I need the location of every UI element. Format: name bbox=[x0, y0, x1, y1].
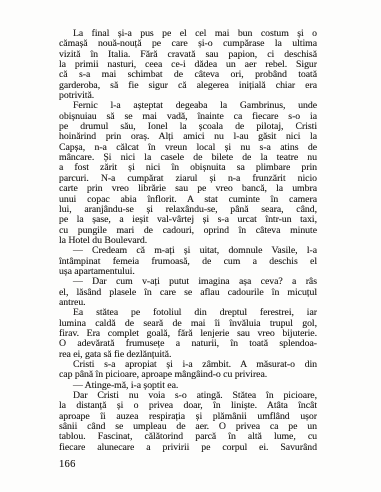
text-line: firav. Era complet goală, fără lenjerie … bbox=[59, 329, 317, 339]
text-line: fiecare alunecare a privirii pe corpul e… bbox=[59, 443, 317, 453]
text-line: lui, aranjându-se și relaxându-se, până … bbox=[59, 205, 317, 215]
text-line: La final și-a pus pe el cel mai bun cost… bbox=[59, 29, 317, 39]
text-line: Capșa, n-a călcat în vreun local și nu s… bbox=[59, 143, 317, 153]
paragraph: Dar Cristi nu voia s-o atingă. Stătea în… bbox=[59, 391, 317, 453]
text-line: parcuri. N-a cumpărat ziarul și n-a frun… bbox=[59, 174, 317, 184]
paragraph: Ea stătea pe fotoliul din dreptul ferest… bbox=[59, 308, 317, 360]
text-line: aproape îi auzea respirația și plămânii … bbox=[59, 412, 317, 422]
text-line: a fost zărit și nici în obișnuita sa pli… bbox=[59, 163, 317, 173]
paragraph: — Dar cum v-ați putut imagina așa ceva? … bbox=[59, 277, 317, 308]
text-line: obișnuiau să se mai vadă, înainte ca fie… bbox=[59, 112, 317, 122]
paragraph: La final și-a pus pe el cel mai bun cost… bbox=[59, 29, 317, 101]
text-line: cămașă nouă-nouță pe care și-o cumpărase… bbox=[59, 39, 317, 49]
text-line: Fernic l-a așteptat degeaba la Gambrinus… bbox=[59, 101, 317, 111]
text-line: pe drumul său, Ionel la școala de pilota… bbox=[59, 122, 317, 132]
text-line: potrivită. bbox=[59, 91, 317, 101]
text-line: la Hotel du Boulevard. bbox=[59, 236, 317, 246]
page-text: La final și-a pus pe el cel mai bun cost… bbox=[59, 29, 317, 453]
text-line: ușa apartamentului. bbox=[59, 267, 317, 277]
text-line: — Credeam că m-ați și uitat, domnule Vas… bbox=[59, 246, 317, 256]
text-line: rea ei, gata să fie dezlănțuită. bbox=[59, 350, 317, 360]
text-line: la distanță și o privea doar, în liniște… bbox=[59, 401, 317, 411]
paragraph: — Atinge-mă, i-a șoptit ea. bbox=[59, 381, 317, 391]
text-line: O adevărată frumusețe a naturii, în toat… bbox=[59, 339, 317, 349]
text-line: hoinărind prin oraș. Alți amici nu l-au … bbox=[59, 132, 317, 142]
text-line: întâmpinat femeia frumoasă, de cum a des… bbox=[59, 257, 317, 267]
text-line: — Dar cum v-ați putut imagina așa ceva? … bbox=[59, 277, 317, 287]
text-line: carte prin vreo librărie sau pe vreo ban… bbox=[59, 184, 317, 194]
text-line: cu pungile mari de cadouri, oprind în câ… bbox=[59, 226, 317, 236]
text-line: Ea stătea pe fotoliul din dreptul ferest… bbox=[59, 308, 317, 318]
text-line: lumina caldă de seară de mai îi învăluia… bbox=[59, 319, 317, 329]
text-line: garderoba, să fie sigur că alegerea iniț… bbox=[59, 81, 317, 91]
paragraph: — Credeam că m-ați și uitat, domnule Vas… bbox=[59, 246, 317, 277]
text-line: Dar Cristi nu voia s-o atingă. Stătea în… bbox=[59, 391, 317, 401]
text-line: tablou. Fascinat, călătorind parcă în al… bbox=[59, 432, 317, 442]
text-line: — Atinge-mă, i-a șoptit ea. bbox=[59, 381, 317, 391]
text-line: Cristi s-a apropiat și i-a zâmbit. A măs… bbox=[59, 360, 317, 370]
page-number: 166 bbox=[59, 459, 76, 470]
text-line: antreu. bbox=[59, 298, 317, 308]
text-line: sânii când se umpleau de aer. O privea c… bbox=[59, 422, 317, 432]
text-line: vizită în Italia. Fără cravată sau papio… bbox=[59, 50, 317, 60]
text-line: mâncare. Și nici la casele de bilete de … bbox=[59, 153, 317, 163]
text-line: cap până în picioare, aproape mângâind-o… bbox=[59, 370, 317, 380]
book-page: La final și-a pus pe el cel mai bun cost… bbox=[0, 0, 381, 492]
paragraph: Cristi s-a apropiat și i-a zâmbit. A măs… bbox=[59, 360, 317, 381]
text-line: la primii nasturi, ceea ce-i dădea un ae… bbox=[59, 60, 317, 70]
text-line: că s-a mai schimbat de câteva ori, probâ… bbox=[59, 70, 317, 80]
text-line: el, lăsând plasele în care se aflau cado… bbox=[59, 288, 317, 298]
text-line: unui copac abia înflorit. A stat cuminte… bbox=[59, 195, 317, 205]
paragraph: Fernic l-a așteptat degeaba la Gambrinus… bbox=[59, 101, 317, 246]
text-line: pe la șase, a ieșit val-vârtej și s-a ur… bbox=[59, 215, 317, 225]
